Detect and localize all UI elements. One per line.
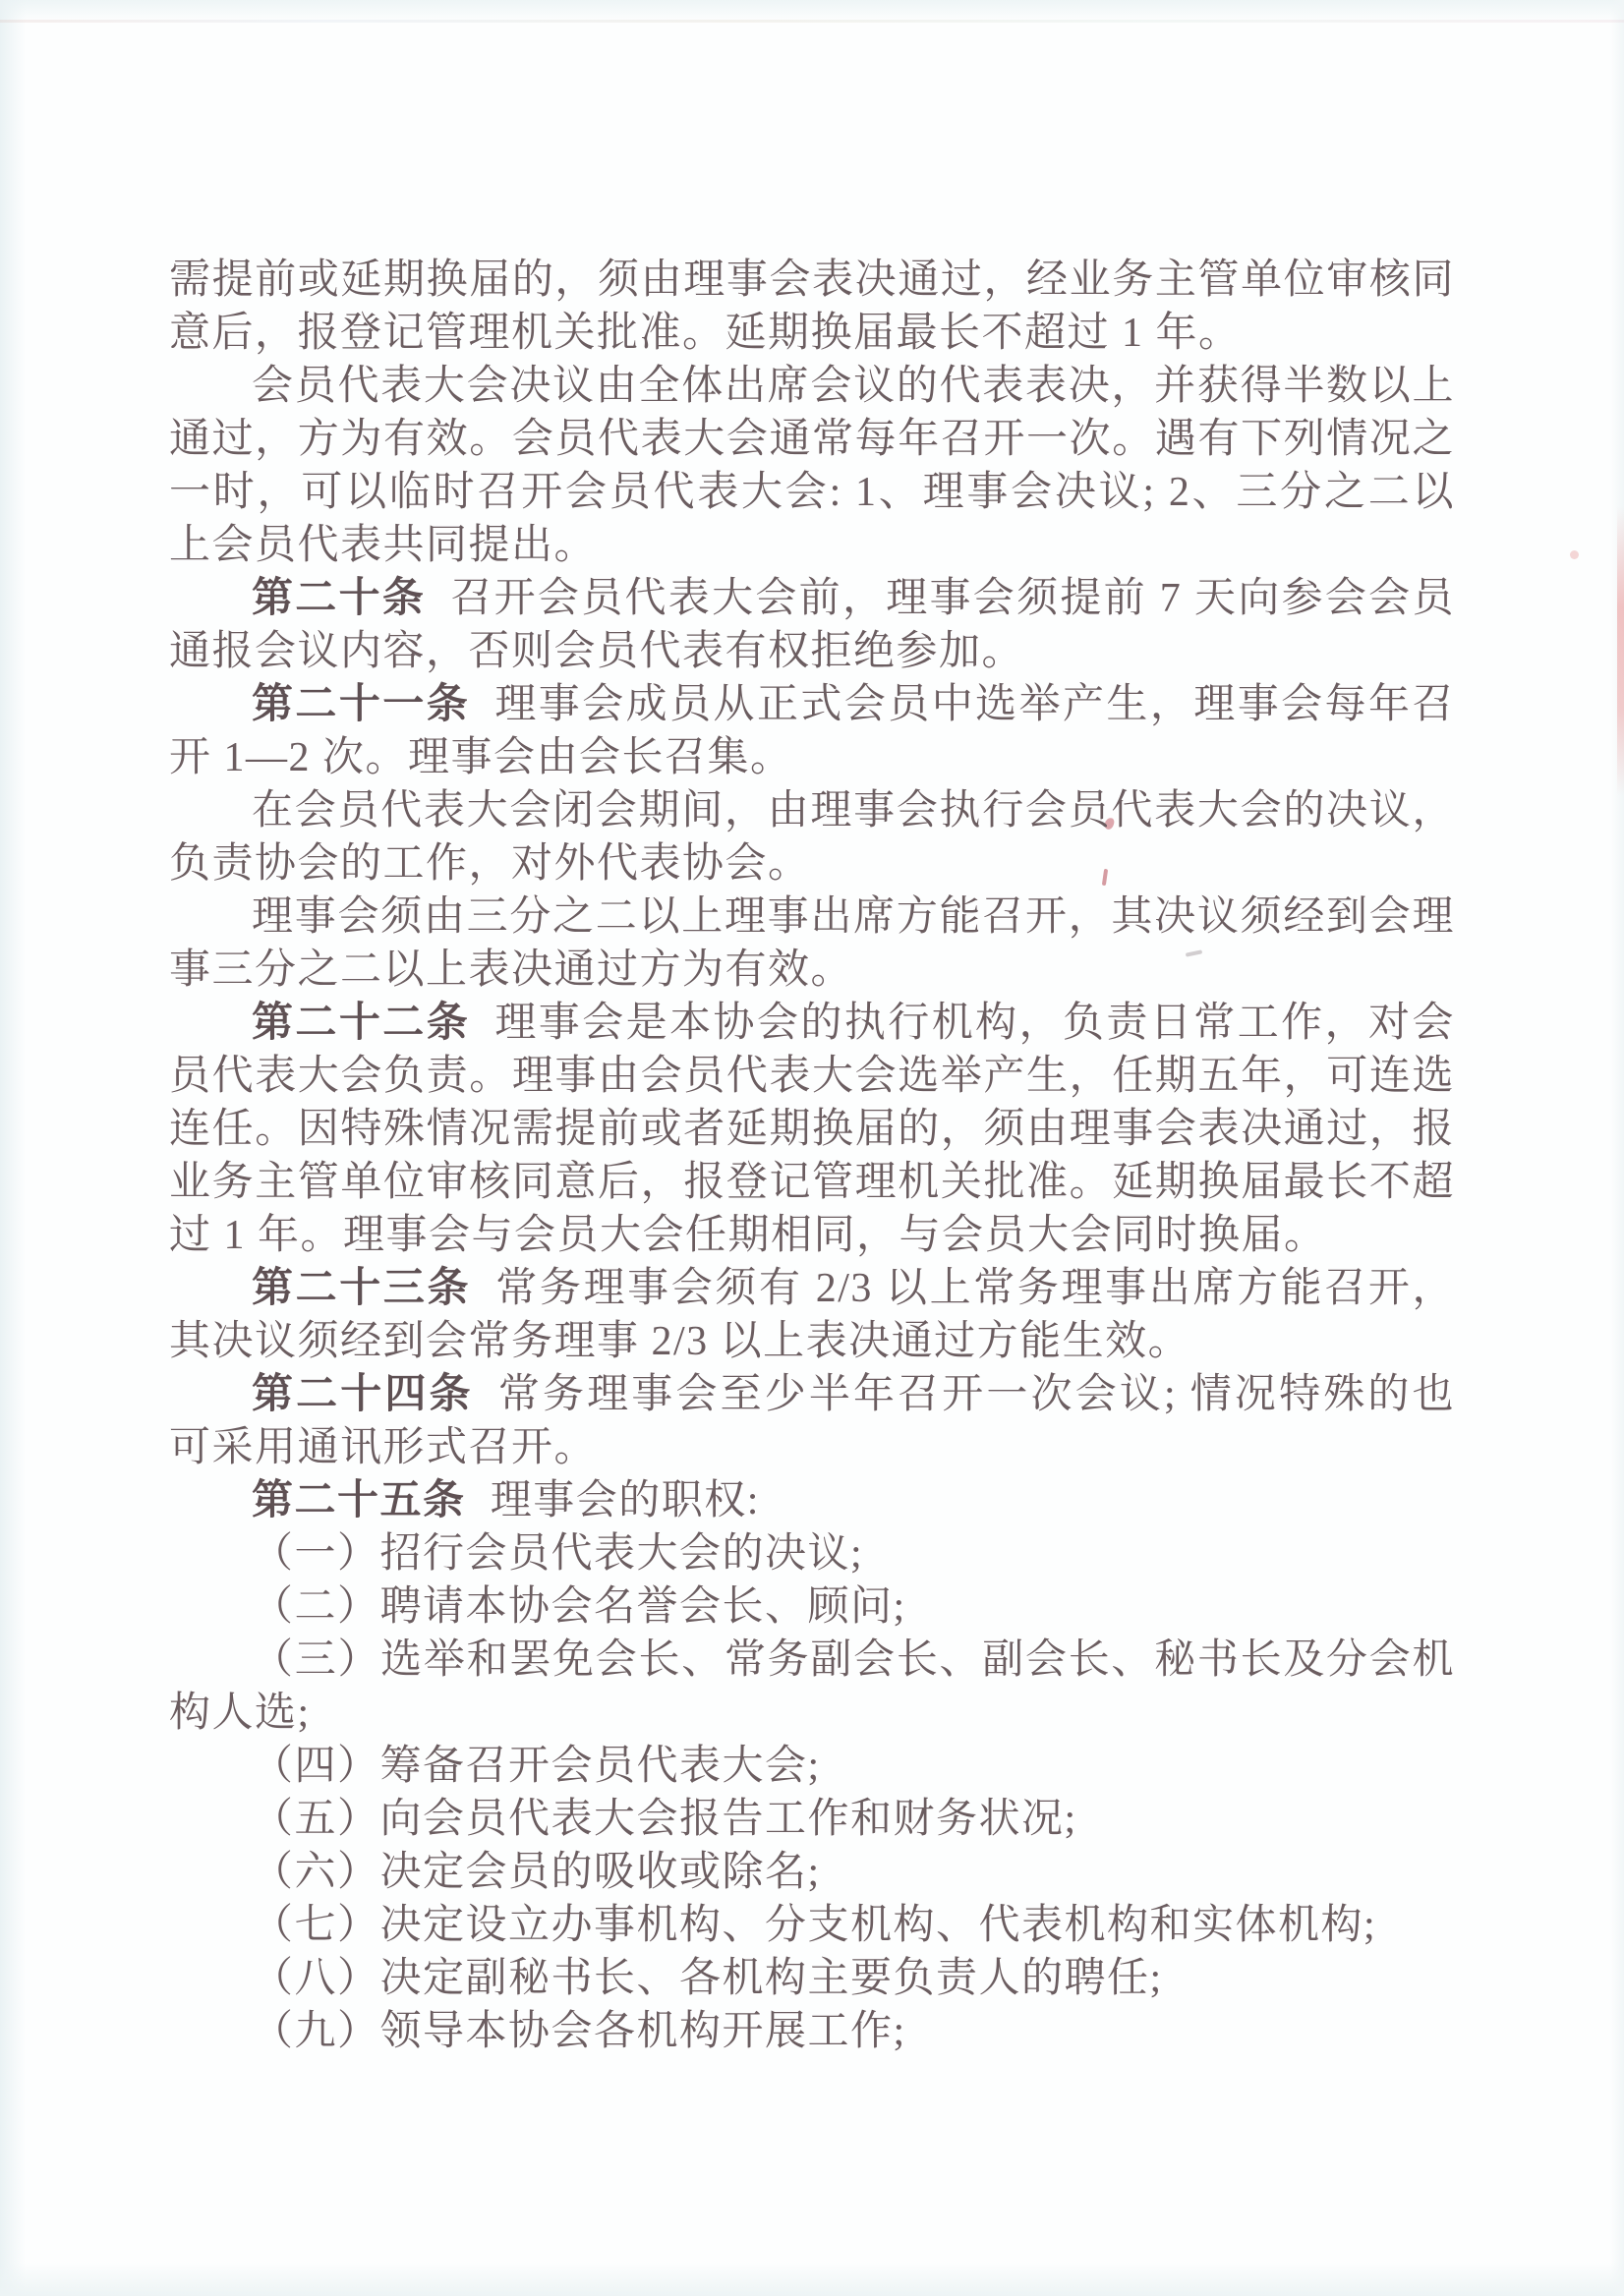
paragraph: 在会员代表大会闭会期间，由理事会执行会员代表大会的决议，负责协会的工作，对外代表… xyxy=(169,784,1455,890)
page-edge-tint-top xyxy=(0,0,1624,22)
page-edge-tint-left xyxy=(0,0,26,2296)
paragraph-continuation: 需提前或延期换届的，须由理事会表决通过，经业务主管单位审核同意后，报登记管理机关… xyxy=(169,254,1455,360)
scan-artifact-pink-streak xyxy=(1617,506,1624,796)
list-item-text: （二）聘请本协会名誉会长、顾问; xyxy=(252,1584,906,1630)
list-item-text: （九）领导本协会各机构开展工作; xyxy=(252,2009,906,2054)
article-number: 第二十二条 xyxy=(252,1001,470,1046)
list-item-text: （七）决定设立办事机构、分支机构、代表机构和实体机构; xyxy=(252,1903,1376,1948)
article-number: 第二十四条 xyxy=(252,1372,474,1417)
document-body: 需提前或延期换届的，须由理事会表决通过，经业务主管单位审核同意后，报登记管理机关… xyxy=(169,254,1455,2058)
list-item-text: （六）决定会员的吸收或除名; xyxy=(252,1850,821,1895)
scanned-page: 需提前或延期换届的，须由理事会表决通过，经业务主管单位审核同意后，报登记管理机关… xyxy=(0,0,1624,2296)
article-number: 第二十一条 xyxy=(252,682,470,727)
list-item-text: （五）向会员代表大会报告工作和财务状况; xyxy=(252,1797,1077,1842)
article-number: 第二十三条 xyxy=(252,1266,471,1311)
page-edge-tint-bottom xyxy=(0,2263,1624,2296)
paragraph: 会员代表大会决议由全体出席会议的代表表决，并获得半数以上通过，方为有效。会员代表… xyxy=(169,360,1455,572)
list-item-7: （七）决定设立办事机构、分支机构、代表机构和实体机构; xyxy=(169,1899,1455,1952)
paragraph-text: 会员代表大会决议由全体出席会议的代表表决，并获得半数以上通过，方为有效。会员代表… xyxy=(169,364,1455,568)
list-item-4: （四）筹备召开会员代表大会; xyxy=(169,1740,1455,1793)
list-item-text: （八）决定副秘书长、各机构主要负责人的聘任; xyxy=(252,1956,1163,2001)
list-item-5: （五）向会员代表大会报告工作和财务状况; xyxy=(169,1793,1455,1846)
article-paragraph-23: 第二十三条常务理事会须有 2/3 以上常务理事出席方能召开，其决议须经到会常务理… xyxy=(169,1262,1455,1368)
paragraph-text: 理事会须由三分之二以上理事出席方能召开，其决议须经到会理事三分之二以上表决通过方… xyxy=(169,894,1455,993)
article-paragraph-22: 第二十二条理事会是本协会的执行机构，负责日常工作，对会员代表大会负责。理事由会员… xyxy=(169,997,1455,1262)
paragraph-text: 在会员代表大会闭会期间，由理事会执行会员代表大会的决议，负责协会的工作，对外代表… xyxy=(169,788,1455,887)
scan-artifact-topline xyxy=(0,20,1624,23)
list-item-1: （一）招行会员代表大会的决议; xyxy=(169,1527,1455,1580)
list-item-9: （九）领导本协会各机构开展工作; xyxy=(169,2005,1455,2058)
list-item-8: （八）决定副秘书长、各机构主要负责人的聘任; xyxy=(169,1952,1455,2005)
scan-artifact-pink-dot xyxy=(1570,550,1579,559)
list-item-6: （六）决定会员的吸收或除名; xyxy=(169,1846,1455,1899)
list-item-text: （三）选举和罢免会长、常务副会长、副会长、秘书长及分会机构人选; xyxy=(169,1637,1455,1736)
article-number: 第二十条 xyxy=(252,576,426,621)
paragraph-text: 需提前或延期换届的，须由理事会表决通过，经业务主管单位审核同意后，报登记管理机关… xyxy=(169,258,1455,356)
list-item-text: （一）招行会员代表大会的决议; xyxy=(252,1531,863,1577)
list-item-2: （二）聘请本协会名誉会长、顾问; xyxy=(169,1580,1455,1634)
list-item-text: （四）筹备召开会员代表大会; xyxy=(252,1744,821,1789)
list-item-3: （三）选举和罢免会长、常务副会长、副会长、秘书长及分会机构人选; xyxy=(169,1634,1455,1740)
page-edge-tint-right xyxy=(1610,0,1624,2296)
article-paragraph-20: 第二十条召开会员代表大会前，理事会须提前 7 天向参会会员通报会议内容，否则会员… xyxy=(169,572,1455,678)
article-paragraph-24: 第二十四条常务理事会至少半年召开一次会议; 情况特殊的也可采用通讯形式召开。 xyxy=(169,1368,1455,1474)
article-text: 理事会的职权: xyxy=(491,1478,760,1523)
article-paragraph-21: 第二十一条理事会成员从正式会员中选举产生，理事会每年召开 1—2 次。理事会由会… xyxy=(169,678,1455,784)
article-paragraph-25: 第二十五条理事会的职权: xyxy=(169,1474,1455,1527)
paragraph: 理事会须由三分之二以上理事出席方能召开，其决议须经到会理事三分之二以上表决通过方… xyxy=(169,890,1455,997)
article-number: 第二十五条 xyxy=(252,1478,466,1523)
